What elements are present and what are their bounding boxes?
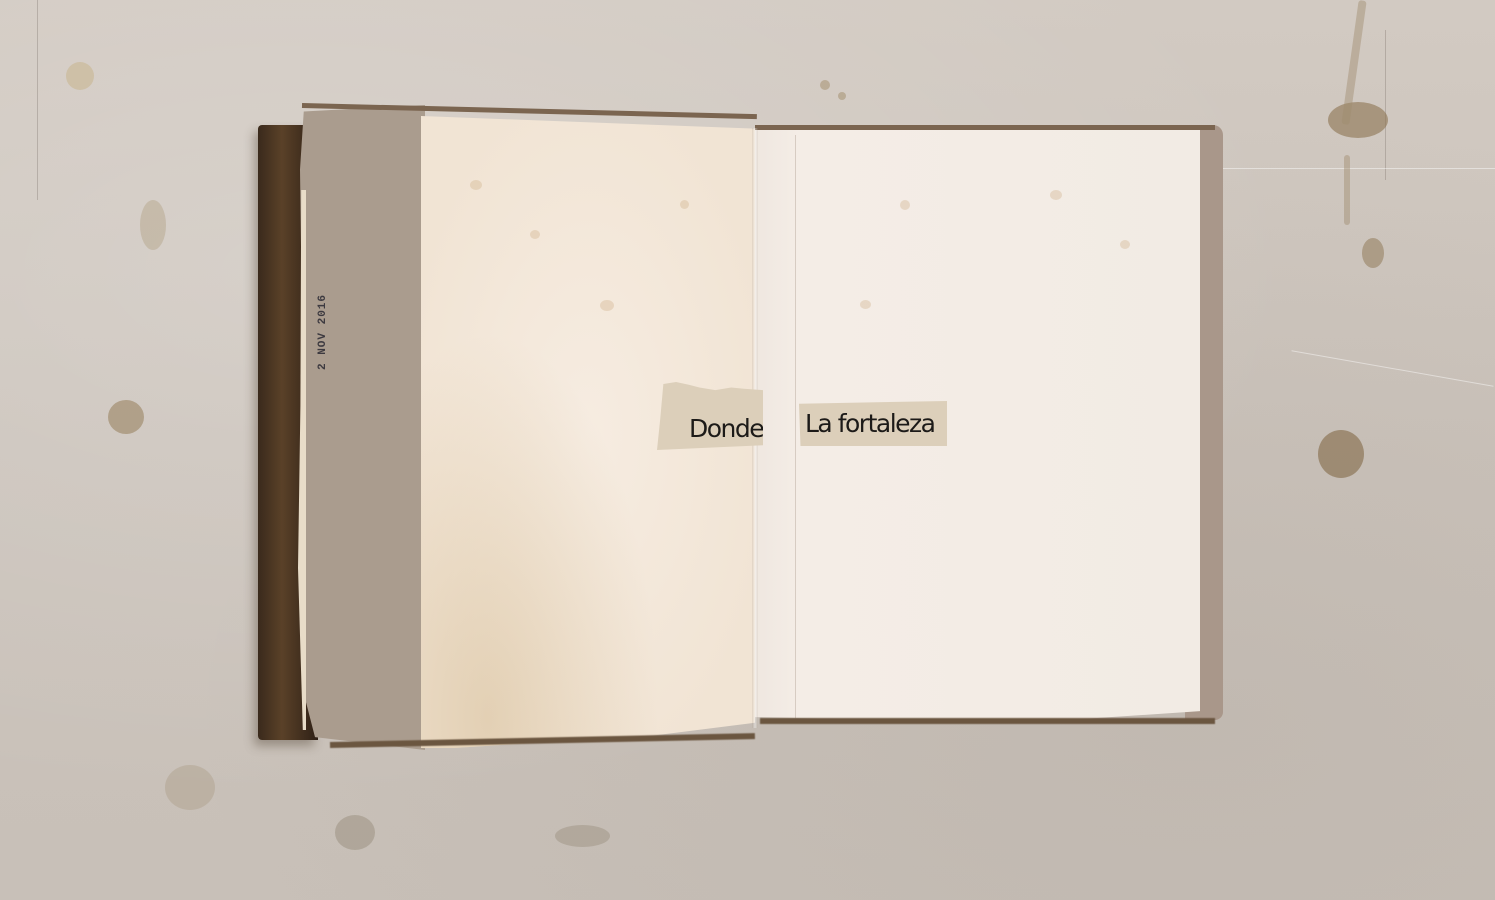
stain: [66, 62, 94, 90]
stain: [1328, 102, 1388, 138]
stain: [165, 765, 215, 810]
drip: [1344, 155, 1350, 225]
page-edge: [760, 718, 1215, 724]
page-fold-line: [795, 135, 796, 720]
stain: [1362, 238, 1384, 268]
stain: [335, 815, 375, 850]
clipping-donde: Donde: [657, 382, 763, 450]
stain: [1318, 430, 1364, 478]
clipping-text: La fortaleza: [805, 409, 934, 438]
stain: [838, 92, 846, 100]
foxing-spot: [1120, 240, 1130, 249]
clipping-la-fortaleza: La fortaleza: [799, 401, 947, 446]
stain: [140, 200, 166, 250]
foxing-spot: [1050, 190, 1062, 200]
foxing-spot: [900, 200, 910, 210]
stain: [108, 400, 144, 434]
foxing-spot: [680, 200, 689, 209]
date-stamp: 2 NOV 2016: [317, 294, 329, 370]
stain: [820, 80, 830, 90]
surface-scratch: [1220, 168, 1495, 169]
book-left-board: [300, 105, 425, 750]
surface-scratch: [1385, 30, 1386, 180]
clipping-text: Donde: [689, 414, 763, 443]
surface-scratch: [37, 0, 38, 200]
page-edge: [755, 125, 1215, 130]
stain: [555, 825, 610, 847]
foxing-spot: [470, 180, 482, 190]
foxing-spot: [600, 300, 614, 311]
foxing-spot: [860, 300, 871, 309]
foxing-spot: [530, 230, 540, 239]
